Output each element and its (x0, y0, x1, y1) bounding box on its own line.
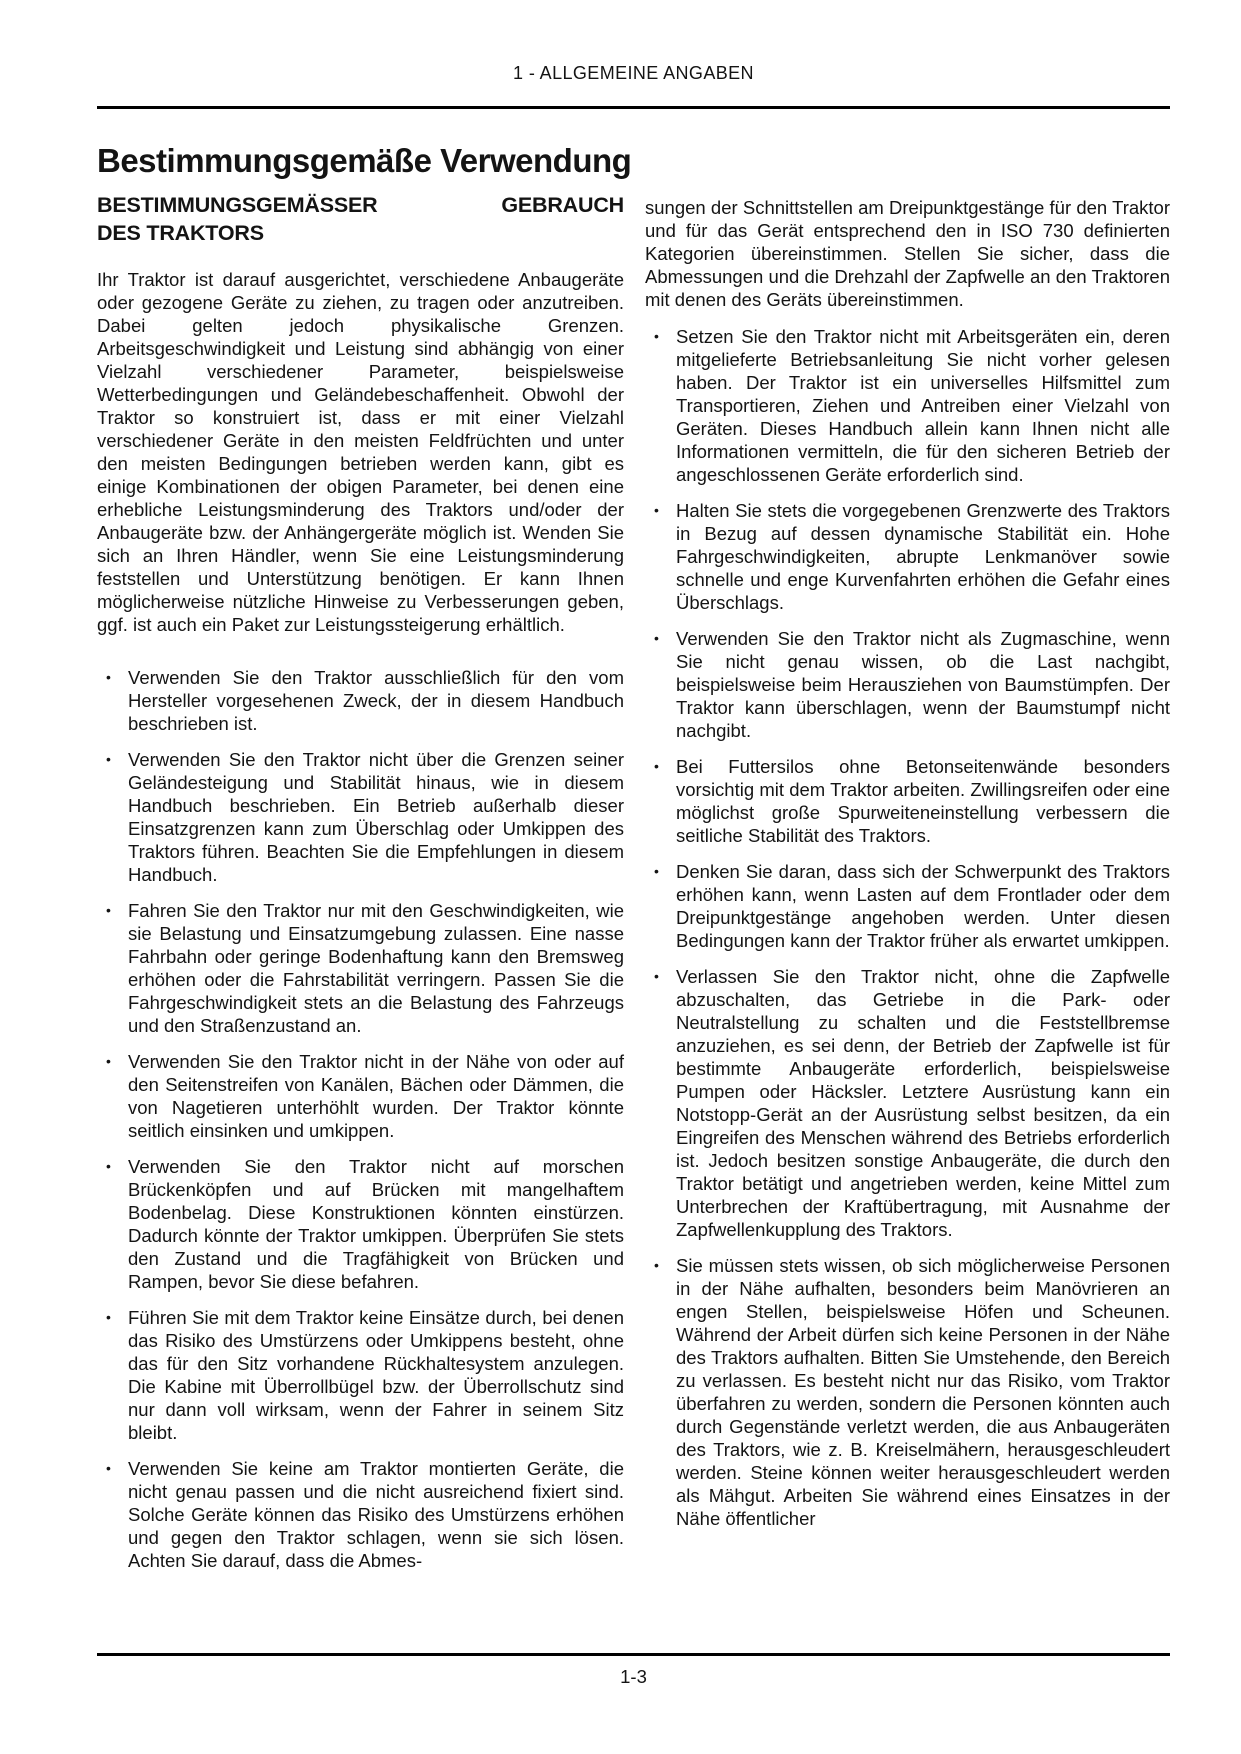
bullet-icon: • (654, 755, 659, 778)
page-title: Bestimmungsgemäße Verwendung (97, 141, 1170, 181)
list-item: • Sie müssen stets wissen, ob sich mögli… (645, 1254, 1170, 1530)
bullet-text: Halten Sie stets die vorgegebenen Grenzw… (676, 499, 1170, 614)
continuation-paragraph: sungen der Schnittstellen am Dreipunktge… (645, 196, 1170, 311)
running-header: 1 - ALLGEMEINE ANGABEN (97, 0, 1170, 84)
bullet-text: Verwenden Sie keine am Traktor montierte… (128, 1457, 624, 1572)
page-number: 1-3 (97, 1666, 1170, 1688)
bullet-text: Setzen Sie den Traktor nicht mit Arbeits… (676, 325, 1170, 486)
bullet-icon: • (106, 1306, 111, 1329)
list-item: • Setzen Sie den Traktor nicht mit Arbei… (645, 325, 1170, 486)
section-heading-line1: BESTIMMUNGSGEMÄSSER GEBRAUCH (97, 191, 624, 219)
left-column: BESTIMMUNGSGEMÄSSER GEBRAUCH DES TRAKTOR… (97, 191, 624, 1572)
page-footer: 1-3 (97, 1653, 1170, 1688)
footer-rule (97, 1653, 1170, 1656)
bullet-icon: • (654, 325, 659, 348)
bullet-list-right: • Setzen Sie den Traktor nicht mit Arbei… (645, 325, 1170, 1530)
bullet-text: Führen Sie mit dem Traktor keine Einsätz… (128, 1306, 624, 1444)
right-column: sungen der Schnittstellen am Dreipunktge… (645, 191, 1170, 1572)
bullet-icon: • (106, 748, 111, 771)
bullet-icon: • (106, 1457, 111, 1480)
list-item: • Denken Sie daran, dass sich der Schwer… (645, 860, 1170, 952)
bullet-text: Verwenden Sie den Traktor nicht als Zugm… (676, 627, 1170, 742)
bullet-list-left: • Verwenden Sie den Traktor ausschließli… (97, 666, 624, 1572)
bullet-text: Verlassen Sie den Traktor nicht, ohne di… (676, 965, 1170, 1241)
bullet-icon: • (654, 499, 659, 522)
bullet-text: Verwenden Sie den Traktor ausschließlich… (128, 666, 624, 735)
bullet-icon: • (654, 627, 659, 650)
bullet-icon: • (106, 1155, 111, 1178)
bullet-icon: • (106, 666, 111, 689)
list-item: • Führen Sie mit dem Traktor keine Einsä… (97, 1306, 624, 1444)
bullet-icon: • (654, 1254, 659, 1277)
two-column-layout: BESTIMMUNGSGEMÄSSER GEBRAUCH DES TRAKTOR… (97, 191, 1170, 1572)
bullet-text: Fahren Sie den Traktor nur mit den Gesch… (128, 899, 624, 1037)
list-item: • Verwenden Sie den Traktor nicht auf mo… (97, 1155, 624, 1293)
list-item: • Halten Sie stets die vorgegebenen Gren… (645, 499, 1170, 614)
bullet-icon: • (106, 899, 111, 922)
bullet-text: Verwenden Sie den Traktor nicht über die… (128, 748, 624, 886)
bullet-text: Verwenden Sie den Traktor nicht auf mors… (128, 1155, 624, 1293)
list-item: • Verlassen Sie den Traktor nicht, ohne … (645, 965, 1170, 1241)
intro-paragraph: Ihr Traktor ist darauf ausgerichtet, ver… (97, 268, 624, 636)
list-item: • Verwenden Sie den Traktor nicht in der… (97, 1050, 624, 1142)
list-item: • Verwenden Sie den Traktor nicht als Zu… (645, 627, 1170, 742)
section-heading-line2: DES TRAKTORS (97, 219, 624, 247)
bullet-icon: • (654, 860, 659, 883)
list-item: • Verwenden Sie den Traktor ausschließli… (97, 666, 624, 735)
list-item: • Verwenden Sie keine am Traktor montier… (97, 1457, 624, 1572)
header-rule (97, 106, 1170, 109)
bullet-icon: • (654, 965, 659, 988)
bullet-text: Denken Sie daran, dass sich der Schwerpu… (676, 860, 1170, 952)
list-item: • Verwenden Sie den Traktor nicht über d… (97, 748, 624, 886)
list-item: • Fahren Sie den Traktor nur mit den Ges… (97, 899, 624, 1037)
bullet-icon: • (106, 1050, 111, 1073)
bullet-text: Bei Futtersilos ohne Betonseitenwände be… (676, 755, 1170, 847)
manual-page: 1 - ALLGEMEINE ANGABEN Bestimmungsgemäße… (0, 0, 1241, 1754)
section-heading: BESTIMMUNGSGEMÄSSER GEBRAUCH DES TRAKTOR… (97, 191, 624, 247)
list-item: • Bei Futtersilos ohne Betonseitenwände … (645, 755, 1170, 847)
bullet-text: Verwenden Sie den Traktor nicht in der N… (128, 1050, 624, 1142)
bullet-text: Sie müssen stets wissen, ob sich möglich… (676, 1254, 1170, 1530)
